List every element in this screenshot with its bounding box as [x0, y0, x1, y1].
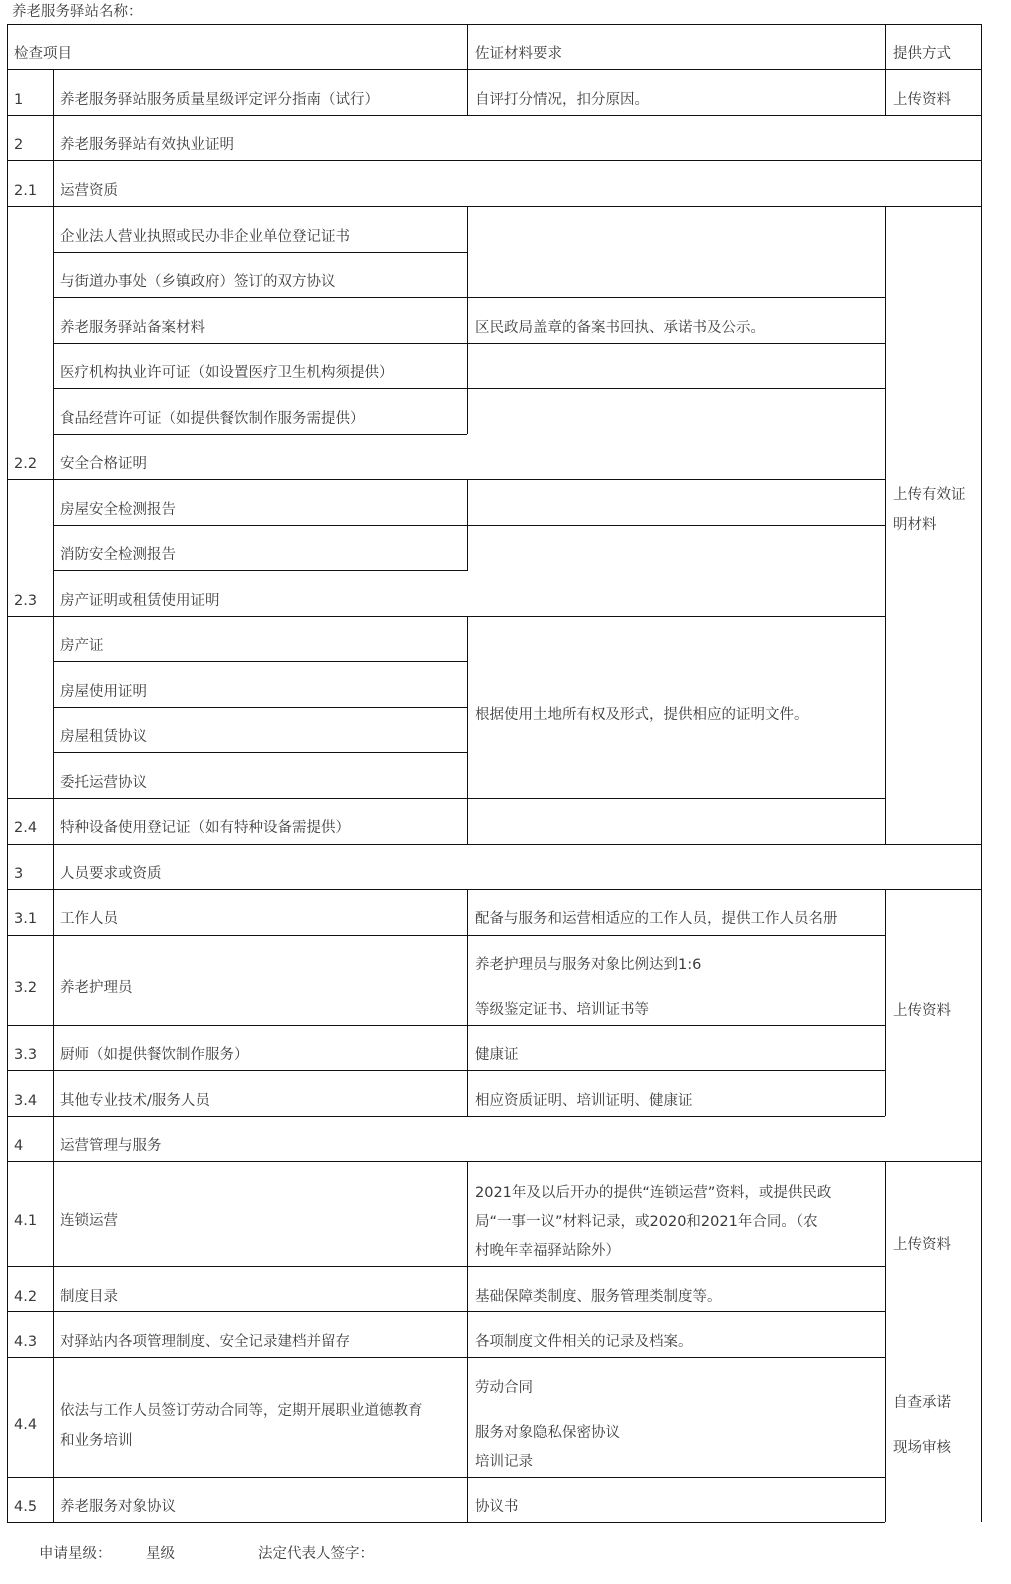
- row-line: [53, 661, 467, 662]
- row-item: 企业法人营业执照或民办非企业单位登记证书: [60, 227, 350, 247]
- method-section2-line1: 上传有效证: [893, 485, 966, 505]
- row-item: 食品经营许可证（如提供餐饮制作服务需提供）: [60, 409, 365, 429]
- header-method: 提供方式: [893, 44, 951, 64]
- table-border-left: [7, 24, 8, 1522]
- row-item-line2: 和业务培训: [60, 1431, 133, 1451]
- row-number: 2.3: [14, 591, 37, 611]
- row-line: [53, 525, 885, 526]
- row-item: 厨师（如提供餐饮制作服务）: [60, 1045, 249, 1065]
- col-line: [53, 206, 54, 1522]
- row-line: [7, 1070, 885, 1071]
- table-border-top: [7, 24, 982, 25]
- row-line: [7, 1266, 885, 1267]
- station-name-label: 养老服务驿站名称：: [12, 2, 143, 22]
- row-line: [53, 343, 885, 344]
- row-evidence: 自评打分情况，扣分原因。: [475, 90, 649, 110]
- row-line: [7, 1025, 885, 1026]
- method-section4-onsite-line2: 现场审核: [893, 1438, 951, 1458]
- row-method: 上传资料: [893, 90, 951, 110]
- row-number: 3.3: [14, 1045, 37, 1065]
- row-evidence-line1: 养老护理员与服务对象比例达到1:6: [475, 955, 701, 975]
- row-line: [53, 297, 885, 298]
- row-evidence: 健康证: [475, 1045, 519, 1065]
- col-line: [467, 889, 468, 1116]
- row-item: 房产证明或租赁使用证明: [60, 591, 220, 611]
- method-section2-line2: 明材料: [893, 515, 937, 535]
- method-section3: 上传资料: [893, 1001, 951, 1021]
- row-evidence: 配备与服务和运营相适应的工作人员，提供工作人员名册: [475, 909, 838, 929]
- row-item: 运营管理与服务: [60, 1136, 162, 1156]
- table-border-bottom: [7, 1522, 885, 1523]
- row-item: 特种设备使用登记证（如有特种设备需提供）: [60, 818, 350, 838]
- row-line: [53, 252, 467, 253]
- row-evidence-line3: 村晚年幸福驿站除外）: [475, 1241, 620, 1261]
- row-item: 运营资质: [60, 181, 118, 201]
- row-number: 3.1: [14, 909, 37, 929]
- row-number: 4: [14, 1136, 23, 1156]
- row-item: 安全合格证明: [60, 454, 147, 474]
- row-evidence-line2: 服务对象隐私保密协议: [475, 1423, 620, 1443]
- row-line: [7, 1161, 982, 1162]
- row-evidence-line1: 2021年及以后开办的提供“连锁运营”资料，或提供民政: [475, 1183, 831, 1203]
- header-evidence: 佐证材料要求: [475, 44, 562, 64]
- row-item: 对驿站内各项管理制度、安全记录建档并留存: [60, 1332, 350, 1352]
- col-line: [467, 1161, 468, 1522]
- row-line: [7, 889, 982, 890]
- method-section4-onsite-line1: 自查承诺: [893, 1393, 951, 1413]
- land-evidence: 根据使用土地所有权及形式，提供相应的证明文件。: [475, 705, 809, 725]
- row-number: 4.3: [14, 1332, 37, 1352]
- row-item: 养老服务驿站有效执业证明: [60, 135, 234, 155]
- table-border-right: [981, 24, 982, 1522]
- row-item: 房屋使用证明: [60, 682, 147, 702]
- row-item: 委托运营协议: [60, 773, 147, 793]
- row-item: 人员要求或资质: [60, 864, 162, 884]
- row-evidence: 相应资质证明、培训证明、健康证: [475, 1091, 693, 1111]
- col-line: [467, 616, 468, 844]
- row-line: [7, 935, 885, 936]
- row-number: 2: [14, 135, 23, 155]
- row-evidence-line2: 等级鉴定证书、培训证书等: [475, 1000, 649, 1020]
- row-item: 房屋安全检测报告: [60, 500, 176, 520]
- row-line: [7, 1357, 885, 1358]
- row-number: 3: [14, 864, 23, 884]
- row-item: 连锁运营: [60, 1211, 118, 1231]
- col-line: [53, 69, 54, 207]
- row-line: [7, 844, 982, 845]
- row-line: [7, 1311, 885, 1312]
- row-line: [7, 479, 885, 480]
- row-item: 养老服务驿站服务质量星级评定评分指南（试行）: [60, 90, 379, 110]
- row-line: [53, 752, 467, 753]
- row-number: 2.1: [14, 181, 37, 201]
- row-line: [7, 115, 982, 116]
- row-evidence-line1: 劳动合同: [475, 1378, 533, 1398]
- row-number: 3.4: [14, 1091, 37, 1111]
- row-line: [7, 1477, 885, 1478]
- row-item: 养老服务对象协议: [60, 1497, 176, 1517]
- row-evidence: 各项制度文件相关的记录及档案。: [475, 1332, 693, 1352]
- row-item: 医疗机构执业许可证（如设置医疗卫生机构须提供）: [60, 363, 394, 383]
- row-item: 养老护理员: [60, 978, 133, 998]
- row-item: 制度目录: [60, 1287, 118, 1307]
- star-level-label: 申请星级：: [39, 1544, 112, 1564]
- method-section4-upload: 上传资料: [893, 1235, 951, 1255]
- row-item: 与街道办事处（乡镇政府）签订的双方协议: [60, 272, 336, 292]
- row-item: 其他专业技术/服务人员: [60, 1091, 210, 1111]
- row-line: [7, 160, 982, 161]
- row-item: 工作人员: [60, 909, 118, 929]
- header-item: 检查项目: [14, 44, 72, 64]
- row-line: [53, 388, 885, 389]
- star-level-value: 星级: [146, 1544, 175, 1564]
- row-line: [7, 798, 885, 799]
- row-line: [7, 1116, 885, 1117]
- row-line: [7, 206, 982, 207]
- col-line: [467, 206, 468, 434]
- row-number: 4.5: [14, 1497, 37, 1517]
- row-number: 3.2: [14, 978, 37, 998]
- row-evidence-line2: 局“一事一议”材料记录，或2020和2021年合同。（农: [475, 1212, 818, 1232]
- row-item: 房屋租赁协议: [60, 727, 147, 747]
- row-line: [7, 69, 982, 70]
- col-line: [885, 24, 886, 115]
- row-evidence: 协议书: [475, 1497, 519, 1517]
- row-evidence-line3: 培训记录: [475, 1452, 533, 1472]
- row-number: 2.2: [14, 454, 37, 474]
- row-number: 4.1: [14, 1211, 37, 1231]
- col-line: [885, 889, 886, 1116]
- col-line: [885, 1161, 886, 1522]
- row-item: 房产证: [60, 636, 104, 656]
- row-line: [53, 570, 467, 571]
- col-line: [885, 206, 886, 844]
- row-number: 2.4: [14, 818, 37, 838]
- signature-label: 法定代表人签字：: [258, 1544, 374, 1564]
- row-number: 4.4: [14, 1415, 37, 1435]
- row-evidence: 基础保障类制度、服务管理类制度等。: [475, 1287, 722, 1307]
- row-item: 养老服务驿站备案材料: [60, 318, 205, 338]
- row-line: [53, 707, 467, 708]
- row-item-line1: 依法与工作人员签订劳动合同等，定期开展职业道德教育: [60, 1401, 423, 1421]
- row-item: 消防安全检测报告: [60, 545, 176, 565]
- row-number: 4.2: [14, 1287, 37, 1307]
- row-evidence: 区民政局盖章的备案书回执、承诺书及公示。: [475, 318, 765, 338]
- row-line: [7, 616, 885, 617]
- row-line: [53, 434, 467, 435]
- col-line: [467, 24, 468, 115]
- row-number: 1: [14, 90, 23, 110]
